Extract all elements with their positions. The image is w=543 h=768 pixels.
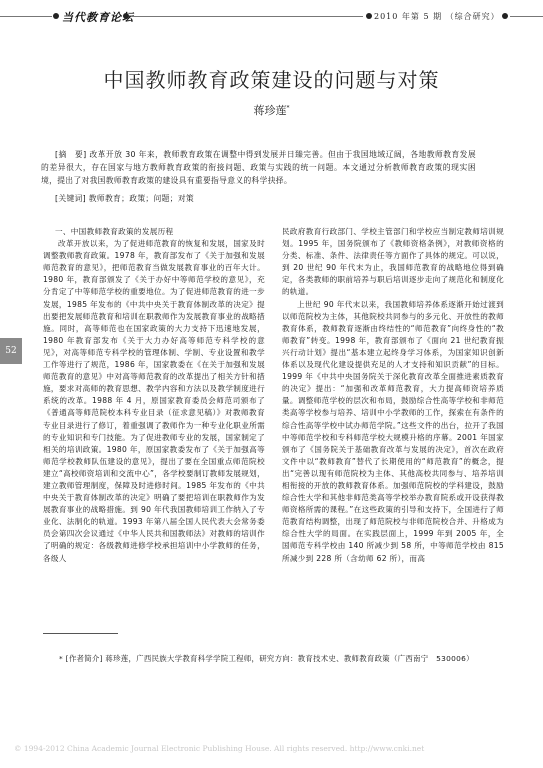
copyright-notice: © 1994-2012 China Academic Journal Elect… [14,744,424,753]
header-bullet-icon [502,13,508,19]
body-paragraph: 改革开放以来，为了促进师范教育的恢复和发展，国家及时调整教师教育政策。1978 … [43,238,265,565]
section-heading: 一、中国教师教育政策的发展历程 [43,226,265,238]
author-footnote: * [作者简介] 蒋珍莲，广西民族大学教育科学学院工程师，研究方向：教育技术史、… [43,652,483,665]
article-title: 中国教师教育政策建设的问题与对策 [0,64,543,93]
header-rule-left [0,16,52,17]
author-name: 蒋珍莲 [254,104,287,117]
running-header: 当代教育论坛 2010 年第 5 期 （综合研究） [0,0,543,20]
left-column: 一、中国教师教育政策的发展历程 改革开放以来，为了促进师范教育的恢复和发展，国家… [43,226,265,565]
abstract: [摘 要] 改革开放 30 年来，教师教育政策在调整中得到发展并日臻完善。但由于… [41,148,476,187]
author-line: 蒋珍莲* [0,102,543,118]
body-paragraph: 上世纪 90 年代末以来，我国教师培养体系逐渐开始过渡到以师范院校为主体，其他院… [282,299,504,565]
right-column: 民政府教育行政部门、学校主管部门和学校应当制定教师培训规划。1995 年，国务院… [282,226,504,565]
header-rule-right [510,16,543,17]
author-footnote-mark: * [287,104,290,111]
header-bullet-icon [123,13,129,19]
issue-info: 2010 年第 5 期 （综合研究） [374,11,500,22]
header-bullet-icon [366,13,372,19]
page-number-tab: 52 [0,338,22,364]
footnote-rule [43,633,118,634]
keywords: [关键词] 教师教育；政策；问题；对策 [55,193,194,204]
body-paragraph: 民政府教育行政部门、学校主管部门和学校应当制定教师培训规划。1995 年，国务院… [282,226,504,299]
header-rule-middle [131,16,363,17]
page-number: 52 [5,346,16,356]
header-bullet-icon [53,13,59,19]
